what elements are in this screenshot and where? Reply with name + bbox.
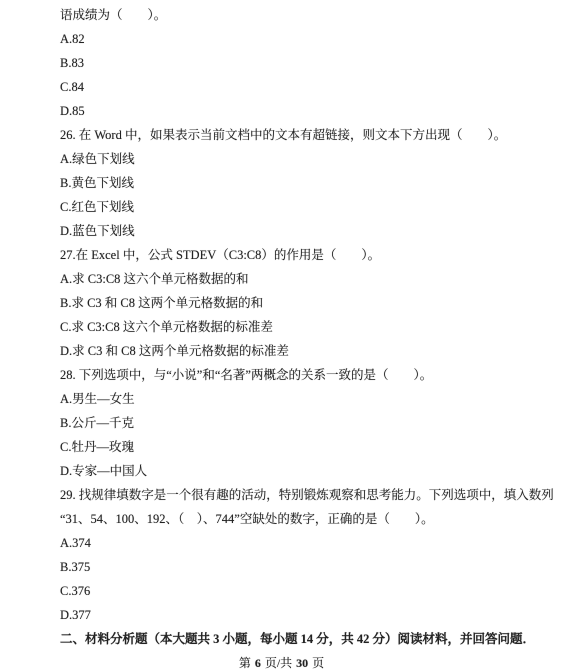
question-28-option-a: A.男生—女生 (60, 387, 515, 411)
question-29-option-b: B.375 (60, 555, 515, 579)
question-27-option-d: D.求 C3 和 C8 这两个单元格数据的标准差 (60, 339, 515, 363)
question-28-stem: 28. 下列选项中，与“小说”和“名著”两概念的关系一致的是（ ）。 (60, 363, 515, 387)
question-25-option-a: A.82 (60, 27, 515, 51)
question-29-option-a: A.374 (60, 531, 515, 555)
footer-prefix-label: 第 (239, 656, 251, 670)
question-26-stem: 26. 在 Word 中，如果表示当前文档中的文本有超链接，则文本下方出现（ ）… (60, 123, 515, 147)
question-29-option-c: C.376 (60, 579, 515, 603)
section-heading: 二、材料分析题（本大题共 3 小题，每小题 14 分，共 42 分）阅读材料，并… (60, 627, 515, 651)
page-footer: 第6页/共30页 (0, 651, 563, 670)
question-25-option-d: D.85 (60, 99, 515, 123)
question-26-option-a: A.绿色下划线 (60, 147, 515, 171)
question-27-option-b: B.求 C3 和 C8 这两个单元格数据的和 (60, 291, 515, 315)
footer-total-pages: 30 (296, 656, 308, 670)
question-25-continuation: 语成绩为（ ）。 (60, 3, 515, 27)
exam-page: 语成绩为（ ）。 A.82 B.83 C.84 D.85 26. 在 Word … (0, 0, 563, 670)
footer-page-number: 6 (255, 656, 261, 670)
footer-suffix-label: 页 (312, 656, 324, 670)
question-28-option-c: C.牡丹—玫瑰 (60, 435, 515, 459)
question-29-stem-line2: “31、54、100、192、（ ）、744”空缺处的数字，正确的是（ ）。 (60, 507, 515, 531)
question-28-option-b: B.公斤—千克 (60, 411, 515, 435)
question-28-option-d: D.专家—中国人 (60, 459, 515, 483)
question-25-option-c: C.84 (60, 75, 515, 99)
question-26-option-c: C.红色下划线 (60, 195, 515, 219)
question-29-option-d: D.377 (60, 603, 515, 627)
question-26-option-d: D.蓝色下划线 (60, 219, 515, 243)
footer-separator-label: 页/共 (265, 656, 292, 670)
question-27-option-c: C.求 C3:C8 这六个单元格数据的标准差 (60, 315, 515, 339)
question-25-option-b: B.83 (60, 51, 515, 75)
question-27-stem: 27.在 Excel 中，公式 STDEV（C3:C8）的作用是（ ）。 (60, 243, 515, 267)
question-29-stem-line1: 29. 找规律填数字是一个很有趣的活动，特别锻炼观察和思考能力。下列选项中，填入… (60, 483, 515, 507)
question-27-option-a: A.求 C3:C8 这六个单元格数据的和 (60, 267, 515, 291)
question-26-option-b: B.黄色下划线 (60, 171, 515, 195)
